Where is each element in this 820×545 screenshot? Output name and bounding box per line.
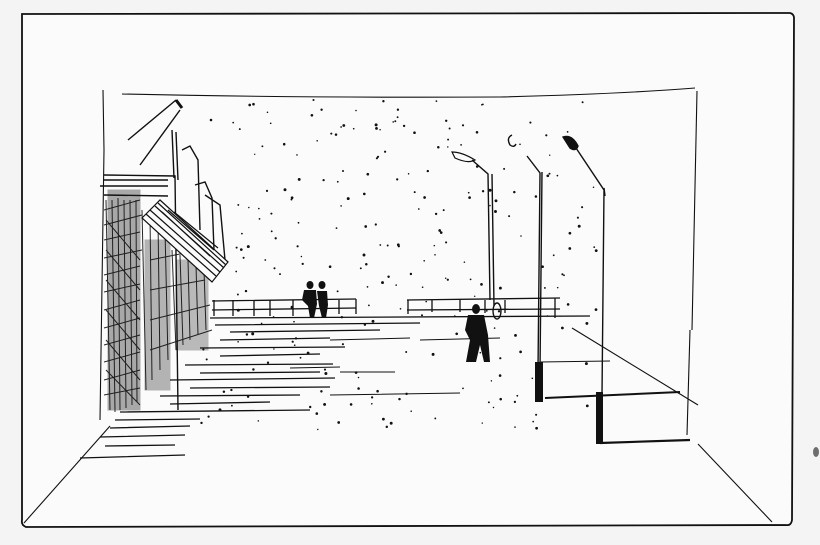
ink-smudge xyxy=(813,447,819,457)
sketch-canvas xyxy=(0,0,820,545)
